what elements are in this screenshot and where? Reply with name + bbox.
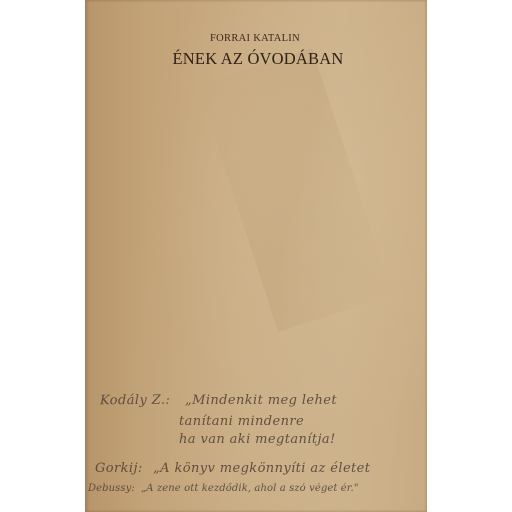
handwritten-attribution-kodaly: Kodály Z.: (100, 393, 170, 409)
handwritten-attribution-debussy: Debussy: (88, 483, 135, 494)
handwritten-quote-kodaly-line1: „Mindenkit meg lehet (185, 393, 337, 408)
handwritten-quote-debussy: „A zene ott kezdődik, ahol a szó véget é… (141, 483, 359, 494)
book-author: FORRAI KATALIN (180, 33, 330, 44)
photo-background: FORRAI KATALIN ÉNEK AZ ÓVODÁBAN Kodály Z… (0, 0, 512, 512)
book-page: FORRAI KATALIN ÉNEK AZ ÓVODÁBAN Kodály Z… (85, 0, 427, 512)
handwritten-quote-gorkij: „A könyv megkönnyíti az életet (153, 461, 370, 476)
handwritten-attribution-gorkij: Gorkij: (95, 461, 143, 476)
book-title: ÉNEK AZ ÓVODÁBAN (153, 49, 363, 69)
handwritten-quote-kodaly-line3: ha van aki megtanítja! (179, 432, 336, 447)
handwritten-quote-kodaly-line2: tanítani mindenre (179, 414, 304, 429)
